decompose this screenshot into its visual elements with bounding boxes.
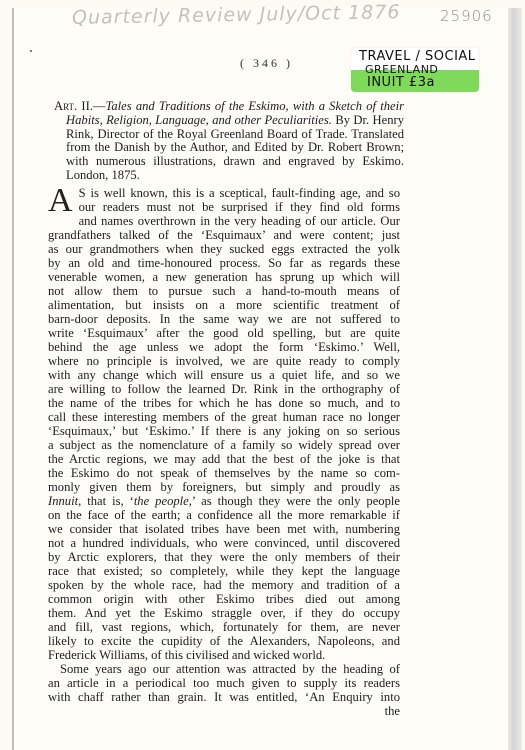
paragraph-end-line: Frederick Williams, of this civilised an…: [48, 648, 400, 662]
category-sticker: TRAVEL / SOCIAL GREENLAND INUIT £3a: [351, 48, 479, 92]
text-line: not allow them to pursue such a hand-to-…: [48, 284, 400, 298]
the-people-phrase: the people,: [134, 494, 192, 508]
text-line: the Arctic regions, we may add that the …: [48, 452, 400, 466]
text-line: behind the age unless we adopt the form …: [48, 340, 400, 354]
speck: [30, 50, 32, 52]
text-line: we consider that isolated tribes have be…: [48, 522, 400, 536]
page-number: ( 346 ): [240, 56, 293, 71]
text-line: the name of the tribes for which he has …: [48, 396, 400, 410]
sticker-line-1: TRAVEL / SOCIAL: [359, 49, 476, 64]
page-right-edge: [508, 8, 522, 750]
text-line: them. And yet the Eskimo straggle over, …: [48, 606, 400, 620]
article-number: Art. II.—: [54, 99, 106, 113]
text-fragment: ’ as though they were the only people: [192, 494, 400, 508]
text-line: Some years ago our attention was attract…: [48, 662, 400, 676]
text-line: common origin with other Eskimo tribes d…: [48, 592, 400, 606]
text-line: are willing to follow the learned Dr. Ri…: [48, 382, 400, 396]
text-line: on the face of the earth; a confidence a…: [48, 508, 400, 522]
text-line: a subject as the nomenclature of a famil…: [48, 438, 400, 452]
text-line: an article in a periodical too much give…: [48, 676, 400, 690]
text-line: by Arctic explorers, that they were the …: [48, 550, 400, 564]
text-line-innuit: Innuit, that is, ‘the people,’ as though…: [48, 494, 400, 508]
pencil-annotation-number: 25906: [440, 7, 493, 25]
text-fragment: , that is, ‘: [78, 494, 134, 508]
text-line: monly given them by foreigners, but simp…: [48, 480, 400, 494]
catchword: the: [48, 704, 400, 718]
article-heading: Art. II.—Tales and Traditions of the Esk…: [54, 100, 404, 183]
text-line: our readers must not be surprised if the…: [48, 200, 400, 214]
innuit-word: Innuit: [48, 494, 78, 508]
text-line: not a hundred individuals, who were conv…: [48, 536, 400, 550]
text-line: write ‘Esquimaux’ after the good old spe…: [48, 326, 400, 340]
text-line: S is well known, this is a sceptical, fa…: [48, 186, 400, 200]
text-line: venerable women, a new generation has sp…: [48, 270, 400, 284]
text-line: call these interesting members of the gr…: [48, 410, 400, 424]
text-line: as our grandmothers when they sucked egg…: [48, 242, 400, 256]
text-line: and names overthrown in the very heading…: [48, 214, 400, 228]
text-line: race that existed; so completely, while …: [48, 564, 400, 578]
text-line: and fill, vast regions, which, fortunate…: [48, 620, 400, 634]
text-line: spoken by the whole race, had the memory…: [48, 578, 400, 592]
text-line: alimentation, but insists on a more scie…: [48, 298, 400, 312]
text-line: barn-door deposits. In the same way we a…: [48, 312, 400, 326]
text-line: the Eskimo do not speak of themselves by…: [48, 466, 400, 480]
text-line: likely to excite the cupidity of the Ale…: [48, 634, 400, 648]
text-line: with chaff rather than grain. It was ent…: [48, 690, 400, 704]
text-line: where no principle is involved, we are q…: [48, 354, 400, 368]
drop-cap: A: [48, 187, 73, 215]
text-line: ‘Esquimaux,’ but ‘Eskimo.’ If there is a…: [48, 424, 400, 438]
text-line: grandfathers talked of the ‘Esquimaux’ a…: [48, 228, 400, 242]
article-body: A S is well known, this is a sceptical, …: [48, 186, 400, 718]
sticker-line-3: INUIT £3a: [367, 75, 435, 90]
text-line: with any change which will ensure us a q…: [48, 368, 400, 382]
text-line: by an old and time-honoured process. So …: [48, 256, 400, 270]
